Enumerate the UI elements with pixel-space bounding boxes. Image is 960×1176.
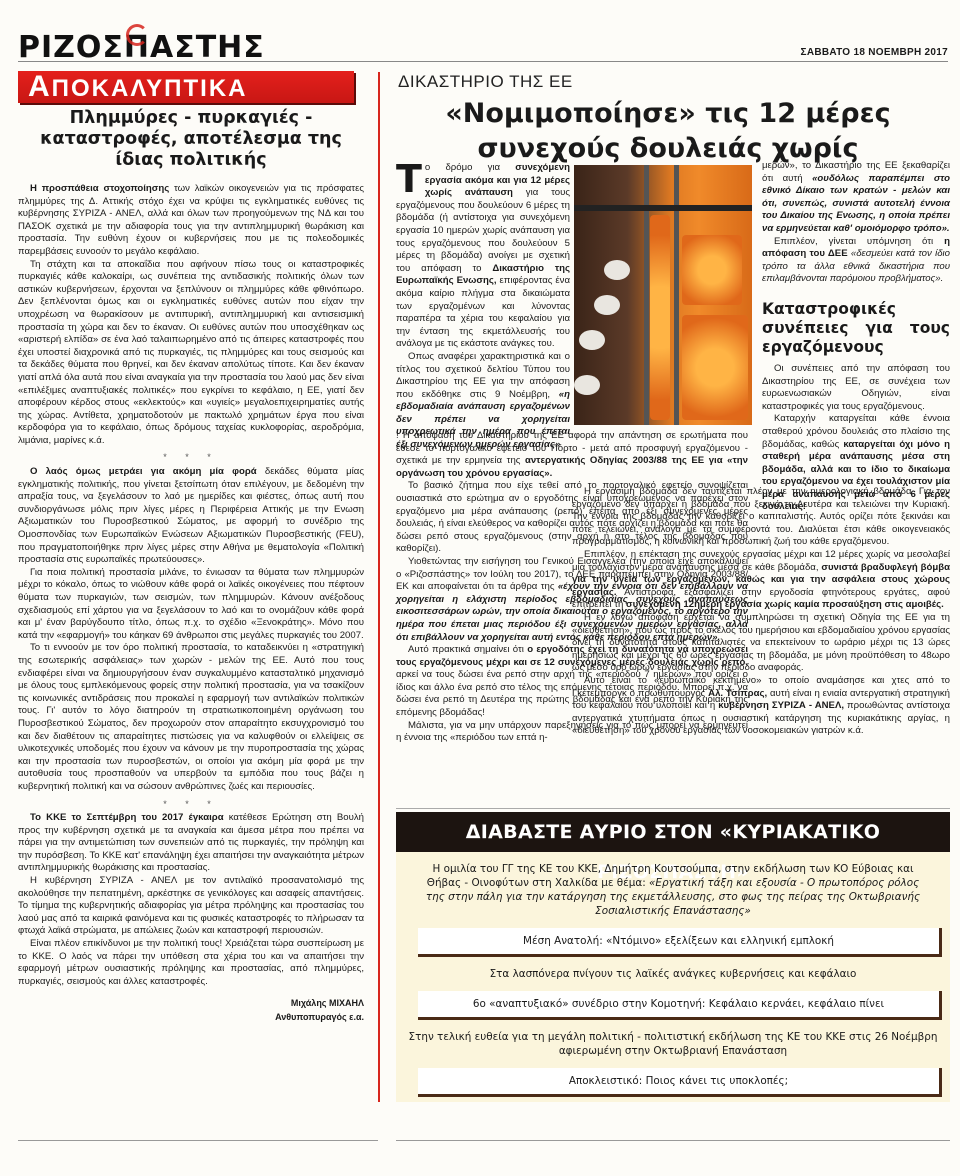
paragraph: Επιπλέον, γίνεται υπόμνηση ότι η απόφαση… xyxy=(762,236,950,286)
orange-crate xyxy=(682,235,742,305)
paragraph: Ο λαός όμως μετράει για ακόμη μία φορά δ… xyxy=(18,466,364,567)
main-article-col2-wide: Η εργάσιμη βδομάδα δεν ταυτίζεται πλέον … xyxy=(572,486,950,738)
worker-cap xyxy=(604,260,630,280)
paragraph: Τη στάχτη και τα αποκαΐδια που αφήνουν π… xyxy=(18,259,364,448)
left-article-body: Η προσπάθεια στοχοποίησης των λαϊκών οικ… xyxy=(18,183,364,988)
promo-lead: Η ομιλία του ΓΓ της ΚΕ του ΚΚΕ, Δημήτρη … xyxy=(396,852,950,924)
promo-item: Στα λασπόνερα πνίγουν τις λαϊκές ανάγκες… xyxy=(396,961,950,987)
main-article-col2: μερών», το Δικαστήριο της ΕΕ ξεκαθαρίζει… xyxy=(762,160,950,514)
drop-cap: Τ xyxy=(396,163,422,195)
left-article: Πλημμύρες - πυρκαγιές - καταστροφές, απο… xyxy=(18,108,364,1024)
hammer-sickle-icon xyxy=(126,24,148,46)
masthead: ΡΙΖΟΣΠΑΣΤΗΣ ΣΑΒΒΑΤΟ 18 ΝΟΕΜΒΡΗ 2017 xyxy=(18,30,948,62)
tomorrow-promo-box: ΔΙΑΒΑΣΤΕ ΑΥΡΙΟ ΣΤΟΝ «ΚΥΡΙΑΚΑΤΙΚΟ ΡΙΖΟΣΠΑ… xyxy=(396,812,950,1102)
bottom-rule xyxy=(18,1140,378,1141)
paragraph: Το τι εννοούν με τον όρο πολιτική προστα… xyxy=(18,642,364,793)
paragraph: Η εργάσιμη βδομάδα δεν ταυτίζεται πλέον … xyxy=(572,486,950,549)
left-article-headline: Πλημμύρες - πυρκαγιές - καταστροφές, απο… xyxy=(18,108,364,171)
paragraph: Για ποια πολιτική προστασία μιλάνε, το έ… xyxy=(18,567,364,643)
conveyor-belt xyxy=(674,165,679,425)
masthead-rule xyxy=(18,61,948,62)
paragraph: Η προσπάθεια στοχοποίησης των λαϊκών οικ… xyxy=(18,183,364,259)
section-separator: * * * xyxy=(18,451,364,464)
main-article-col1: Το δρόμο για συνεχόμενη εργασία ακόμα κα… xyxy=(396,162,570,452)
paragraph: Η εν λόγω απόφαση έρχεται να συμπληρώσει… xyxy=(572,612,950,675)
subheading: Καταστροφικές συνέπειες για τους εργαζόμ… xyxy=(762,300,950,357)
paragraph: Το ΚΚΕ το Σεπτέμβρη του 2017 έγκαιρα κατ… xyxy=(18,812,364,875)
paragraph: Είναι πλέον επικίνδυνοι με την πολιτική … xyxy=(18,938,364,988)
author-name: Μιχάλης ΜΙΧΑΗΛ xyxy=(18,996,364,1010)
paragraph: μερών», το Δικαστήριο της ΕΕ ξεκαθαρίζει… xyxy=(762,160,950,236)
promo-item: Αποκλειστικό: Ποιος κάνει τις υποκλοπές; xyxy=(418,1068,942,1097)
orange-belt xyxy=(650,215,670,420)
column-divider xyxy=(378,72,380,1102)
article-photo xyxy=(574,165,752,425)
issue-date: ΣΑΒΒΑΤΟ 18 ΝΟΕΜΒΡΗ 2017 xyxy=(801,47,948,58)
conveyor-bar xyxy=(574,205,752,211)
conveyor-belt xyxy=(644,165,649,425)
promo-item: Στην τελική ευθεία για τη μεγάλη πολιτικ… xyxy=(396,1024,950,1064)
worker-cap xyxy=(574,375,600,395)
paragraph: Η κυβέρνηση ΣΥΡΙΖΑ - ΑΝΕΛ με τον αντιλαϊ… xyxy=(18,875,364,938)
author-signature: Μιχάλης ΜΙΧΑΗΛ Ανθυποπυραγός ε.α. xyxy=(18,996,364,1024)
paragraph: ! Η απόφαση του Δικαστηρίου της ΕΕ αφορά… xyxy=(396,430,748,480)
worker-cap xyxy=(579,330,605,350)
promo-item: Μέση Ανατολή: «Ντόμινο» εξελίξεων και ελ… xyxy=(418,928,942,957)
bottom-rule xyxy=(396,1140,950,1141)
paragraph: Επιπλέον, η επέκταση της συνεχούς εργασί… xyxy=(572,549,950,612)
paragraph: Αυτό είναι το «ευρωπαϊκό κεκτημένο» το ο… xyxy=(572,675,950,738)
promo-item: 6ο «αναπτυξιακό» συνέδριο στην Κομοτηνή:… xyxy=(418,991,942,1020)
paragraph: Το δρόμο για συνεχόμενη εργασία ακόμα κα… xyxy=(396,162,570,351)
article-rule xyxy=(396,808,950,809)
worker-cap xyxy=(594,295,620,315)
section-rubric: ΑΠΟΚΑΛΥΠΤΙΚΑ xyxy=(18,71,354,103)
section-separator: * * * xyxy=(18,798,364,811)
rubric-initial: Α xyxy=(28,70,52,103)
promo-title: ΔΙΑΒΑΣΤΕ ΑΥΡΙΟ ΣΤΟΝ «ΚΥΡΙΑΚΑΤΙΚΟ ΡΙΖΟΣΠΑ… xyxy=(396,812,950,852)
paragraph: Οι συνέπειες από την απόφαση του Δικαστη… xyxy=(762,363,950,413)
author-title: Ανθυποπυραγός ε.α. xyxy=(18,1010,364,1024)
article-kicker: ΔΙΚΑΣΤΗΡΙΟ ΤΗΣ ΕΕ xyxy=(398,72,573,92)
orange-crate xyxy=(682,315,748,420)
rubric-text: ΠΟΚΑΛΥΠΤΙΚΑ xyxy=(52,75,248,102)
